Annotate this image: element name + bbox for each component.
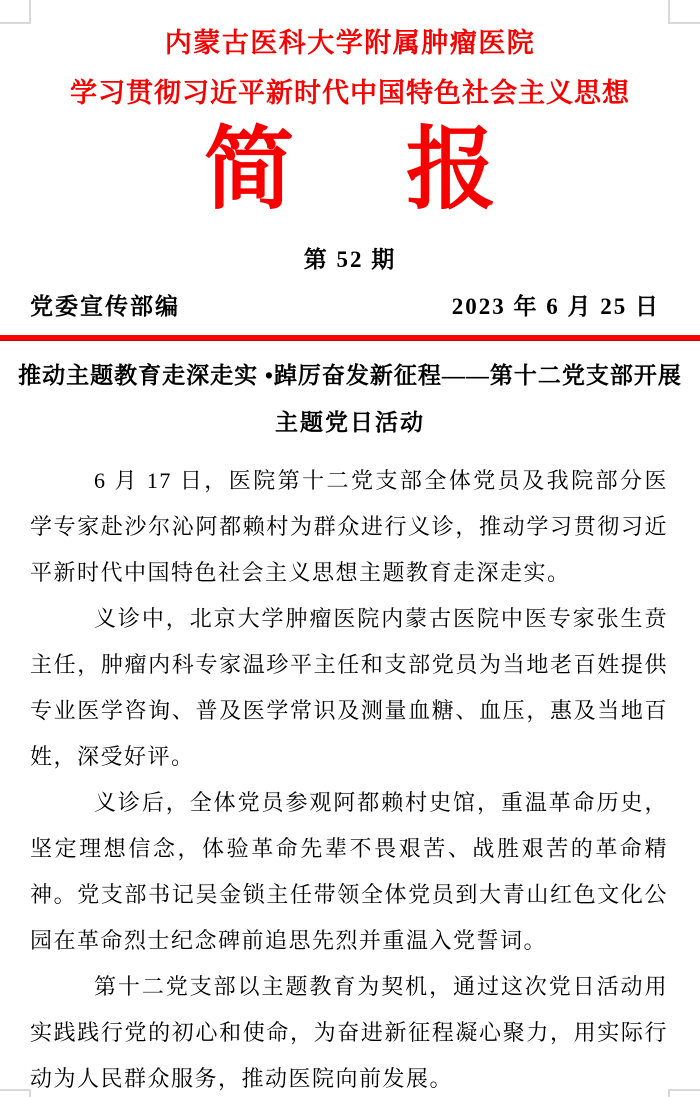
theme-slogan-line: 学习贯彻习近平新时代中国特色社会主义思想 <box>0 77 700 109</box>
masthead-char-bao: 报 <box>406 126 496 216</box>
red-divider-rule <box>0 335 700 341</box>
article-paragraph-3: 义诊后，全体党员参观阿都赖村史馆，重温革命历史，坚定理想信念，体验革命先辈不畏艰… <box>30 780 668 964</box>
margin-corner-mark-bottom-right <box>668 1089 700 1097</box>
bulletin-document-page: 内蒙古医科大学附属肿瘤医院 学习贯彻习近平新时代中国特色社会主义思想 简 报 第… <box>0 0 700 1097</box>
article-title-line-2: 主题党日活动 <box>10 408 690 438</box>
margin-corner-mark-top-right <box>668 0 700 24</box>
organization-name-line: 内蒙古医科大学附属肿瘤医院 <box>0 27 700 59</box>
margin-corner-mark-bottom-left <box>0 1089 31 1097</box>
issue-number: 第 52 期 <box>0 245 700 275</box>
masthead-char-jian: 简 <box>204 126 294 216</box>
article-paragraph-1: 6 月 17 日，医院第十二党支部全体党员及我院部分医学专家赴沙尔沁阿都赖村为群… <box>30 458 668 596</box>
masthead-title: 简 报 <box>0 126 700 216</box>
article-paragraph-2: 义诊中，北京大学肿瘤医院内蒙古医院中医专家张生贲主任，肿瘤内科专家温珍平主任和支… <box>30 596 668 780</box>
publication-date: 2023 年 6 月 25 日 <box>452 292 660 322</box>
article-paragraph-4: 第十二党支部以主题教育为契机，通过这次党日活动用实践践行党的初心和使命，为奋进新… <box>30 964 668 1097</box>
article-body: 6 月 17 日，医院第十二党支部全体党员及我院部分医学专家赴沙尔沁阿都赖村为群… <box>30 458 668 1097</box>
margin-corner-mark-top-left <box>0 0 31 24</box>
article-title-line-1: 推动主题教育走深走实 •踔厉奋发新征程——第十二党支部开展 <box>10 361 690 391</box>
meta-row: 党委宣传部编 2023 年 6 月 25 日 <box>30 292 660 322</box>
editor-department: 党委宣传部编 <box>30 292 180 322</box>
